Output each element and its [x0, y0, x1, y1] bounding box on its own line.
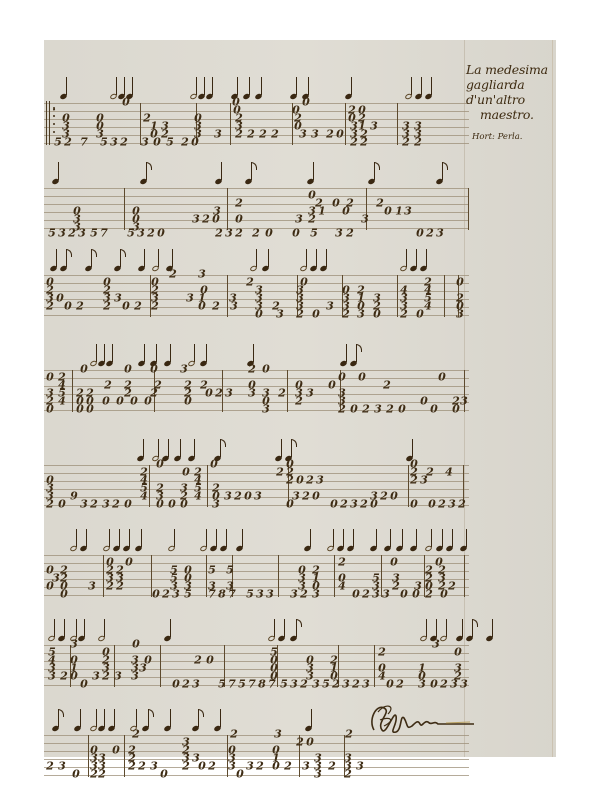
barline [103, 555, 104, 597]
fret-number: 3 [102, 500, 110, 510]
fret-number: 2 [215, 389, 223, 399]
fret-number: 2 [60, 672, 68, 682]
fret-number: 3 [70, 640, 78, 650]
fret-number: 3 [141, 138, 149, 148]
fret-number: 2 [458, 500, 466, 510]
fret-number: 7 [208, 590, 216, 600]
fret-number: 3 [254, 492, 262, 502]
fret-number: 9 [70, 492, 78, 502]
quarter-note-icon [52, 162, 62, 184]
page-edge-rule [552, 40, 553, 757]
fret-number: 5 [54, 138, 62, 148]
quarter-note-icon [123, 529, 133, 551]
double-barline [46, 101, 47, 145]
eighth-note-icon [142, 709, 152, 731]
fret-number: 0 [265, 229, 273, 239]
fret-number: 5 [208, 566, 216, 576]
half-note-icon [400, 249, 410, 271]
fret-number: 0 [400, 590, 408, 600]
fret-number: 2 [328, 762, 336, 772]
half-note-icon [327, 529, 337, 551]
finis-flourish-icon [366, 700, 476, 740]
fret-number: 2 [376, 199, 384, 209]
fret-number: 3 [295, 215, 303, 225]
barline [334, 555, 335, 597]
fret-number: 3 [246, 762, 254, 772]
fret-number: 0 [456, 278, 464, 288]
fret-number: 0 [262, 365, 270, 375]
fret-number: 3 [356, 762, 364, 772]
fret-number: 2 [147, 229, 155, 239]
fret-number: 2 [46, 302, 54, 312]
fret-number: 7 [100, 229, 108, 239]
quarter-note-icon [164, 709, 174, 731]
fret-number: 4 [338, 582, 346, 592]
fret-number: 4 [140, 492, 148, 502]
half-note-icon [250, 249, 260, 271]
fret-number: 2 [169, 270, 177, 280]
fret-number: 0 [210, 460, 218, 470]
fret-number: 2 [235, 199, 243, 209]
quarter-note-icon [200, 344, 210, 366]
quarter-note-icon [137, 439, 147, 461]
fret-number: 2 [106, 582, 114, 592]
fret-number: 5 [184, 590, 192, 600]
fret-number: 3 [314, 770, 322, 780]
half-note-icon [168, 529, 178, 551]
fret-number: 0 [46, 373, 54, 383]
quarter-note-icon [214, 709, 224, 731]
fret-number: 2 [308, 215, 316, 225]
quarter-note-icon [337, 529, 347, 551]
fret-number: 2 [340, 500, 348, 510]
staff-line [44, 196, 469, 197]
fret-number: 4 [445, 468, 453, 478]
quarter-note-icon [436, 529, 446, 551]
staff-line [44, 111, 469, 112]
double-barline [49, 101, 50, 145]
fret-number: 0 [152, 590, 160, 600]
fret-number: 3 [78, 229, 86, 239]
fret-number: 2 [286, 476, 294, 486]
half-note-icon [420, 619, 430, 641]
fret-number: 2 [306, 476, 314, 486]
fret-number: 0 [296, 476, 304, 486]
fret-number: 2 [98, 770, 106, 780]
fret-number: 7 [80, 138, 88, 148]
half-note-icon [440, 619, 450, 641]
fret-number: 3 [266, 590, 274, 600]
fret-number: 0 [191, 138, 199, 148]
half-note-icon [70, 529, 80, 551]
quarter-note-icon [174, 439, 184, 461]
barline [230, 103, 231, 145]
quarter-note-icon [210, 529, 220, 551]
fret-number: 0 [46, 405, 54, 415]
quarter-note-icon [188, 439, 198, 461]
fret-number: 2 [396, 680, 404, 690]
barline [227, 188, 228, 230]
quarter-note-icon [78, 619, 88, 641]
annotation-line-4: maestro. [480, 107, 556, 122]
staff-line [44, 751, 469, 752]
fret-number: 2 [448, 582, 456, 592]
margin-annotation: La medesima gagliarda d'un'altro maestro… [466, 62, 556, 142]
fret-number: 3 [357, 310, 365, 320]
quarter-note-icon [396, 529, 406, 551]
fret-number: 2 [235, 229, 243, 239]
fret-number: 5 [100, 138, 108, 148]
fret-number: 2 [90, 500, 98, 510]
quarter-note-icon [138, 344, 148, 366]
eighth-note-icon [368, 162, 378, 184]
fret-number: 2 [112, 500, 120, 510]
fret-number: 2 [342, 310, 350, 320]
staff-line [44, 465, 469, 466]
fret-number: 2 [234, 492, 242, 502]
fret-number: 2 [76, 302, 84, 312]
fret-number: 0 [153, 138, 161, 148]
fret-number: 3 [350, 500, 358, 510]
fret-number: 3 [248, 389, 256, 399]
fret-number: 0 [156, 500, 164, 510]
fret-number: 7 [268, 680, 276, 690]
half-note-icon [103, 529, 113, 551]
barline [227, 275, 228, 317]
fret-number: 3 [114, 294, 122, 304]
fret-number: 3 [302, 762, 310, 772]
fret-number: 2 [46, 500, 54, 510]
barline [397, 275, 398, 317]
fret-number: 2 [440, 680, 448, 690]
fret-number: 5 [238, 680, 246, 690]
eighth-note-icon [52, 709, 62, 731]
quarter-note-icon [108, 709, 118, 731]
fret-number: 3 [312, 680, 320, 690]
eighth-note-icon [114, 249, 124, 271]
fret-number: 3 [225, 229, 233, 239]
eighth-note-icon [290, 619, 300, 641]
fret-number: 0 [116, 397, 124, 407]
fret-number: 2 [212, 302, 220, 312]
fret-number: 2 [194, 656, 202, 666]
fret-number: 0 [312, 310, 320, 320]
fret-number: 2 [202, 215, 210, 225]
fret-number: 2 [414, 138, 422, 148]
fret-number: 3 [299, 130, 307, 140]
fret-number: 0 [352, 590, 360, 600]
fret-number: 3 [311, 130, 319, 140]
fret-number: 2 [426, 229, 434, 239]
fret-number: 2 [116, 582, 124, 592]
annotation-line-3: d'un'altro [466, 92, 556, 107]
quarter-note-icon [347, 529, 357, 551]
fret-number: 3 [290, 680, 298, 690]
fret-number: 0 [420, 397, 428, 407]
fret-number: 0 [302, 98, 310, 108]
barline [278, 555, 279, 597]
fret-number: 2 [346, 229, 354, 239]
staff-line [44, 743, 469, 744]
fret-number: 3 [382, 590, 390, 600]
fret-number: 2 [392, 582, 400, 592]
eighth-note-icon [245, 162, 255, 184]
fret-number: 3 [192, 215, 200, 225]
quarter-note-icon [307, 162, 317, 184]
fret-number: 0 [342, 207, 350, 217]
quarter-note-icon [50, 249, 60, 271]
fret-number: 0 [332, 199, 340, 209]
fret-number: 0 [86, 405, 94, 415]
fret-number: 0 [80, 680, 88, 690]
fret-number: 2 [402, 138, 410, 148]
eighth-note-icon [85, 249, 95, 271]
fret-number: 2 [360, 138, 368, 148]
quarter-note-icon [345, 77, 355, 99]
fret-number: 3 [256, 590, 264, 600]
fret-number: 5 [322, 680, 330, 690]
quarter-note-icon [243, 77, 253, 99]
fret-number: 2 [252, 229, 260, 239]
fret-number: 0 [386, 680, 394, 690]
fret-number: 0 [338, 373, 346, 383]
fret-number: 5 [226, 566, 234, 576]
fret-number: 0 [212, 215, 220, 225]
fret-number: 2 [276, 468, 284, 478]
fret-number: 3 [326, 302, 334, 312]
fret-number: 3 [361, 215, 369, 225]
fret-number: 2 [360, 500, 368, 510]
fret-number: 0 [182, 468, 190, 478]
tablature-system: 0020002225055022232335031053230032233333… [44, 525, 469, 603]
fret-number: 0 [56, 294, 64, 304]
quarter-note-icon [58, 619, 68, 641]
fret-number: 0 [430, 680, 438, 690]
fret-number: 3 [92, 672, 100, 682]
fret-number: 3 [432, 640, 440, 650]
fret-number: 3 [312, 590, 320, 600]
fret-number: 2 [380, 492, 388, 502]
tablature-system: 2300020202220330244303333133331335220220… [44, 245, 469, 323]
annotation-line-2: gagliarda [466, 77, 556, 92]
fret-number: 3 [374, 405, 382, 415]
fret-number: 1 [395, 207, 403, 217]
fret-number: 0 [124, 365, 132, 375]
fret-number: 2 [46, 762, 54, 772]
fret-number: 2 [410, 476, 418, 486]
fret-number: 0 [336, 130, 344, 140]
barline [468, 188, 469, 230]
fret-number: 0 [370, 500, 378, 510]
fret-number: 3 [88, 582, 96, 592]
quarter-note-icon [215, 162, 225, 184]
quarter-note-icon [304, 529, 314, 551]
fret-number: 2 [362, 590, 370, 600]
quarter-note-icon [425, 77, 435, 99]
tablature-system: 0003200200042222200023522222023332333240… [44, 340, 469, 418]
fret-number: 2 [215, 229, 223, 239]
staff-line [44, 775, 469, 776]
staff-line [44, 220, 469, 221]
fret-number: 0 [373, 310, 381, 320]
staff-line [44, 685, 469, 686]
half-note-icon [188, 344, 198, 366]
barline [464, 555, 465, 597]
fret-number: 3 [214, 130, 222, 140]
fret-number: 0 [130, 397, 138, 407]
fret-number: 0 [70, 672, 78, 682]
fret-number: 0 [180, 500, 188, 510]
quarter-note-icon [420, 249, 430, 271]
fret-number: 0 [438, 373, 446, 383]
fret-number: 2 [278, 389, 286, 399]
half-note-icon [98, 619, 108, 641]
fret-number: 5 [166, 138, 174, 148]
fret-number: 5 [218, 680, 226, 690]
eighth-note-icon [60, 249, 70, 271]
staff-line [44, 473, 469, 474]
fret-number: 0 [244, 492, 252, 502]
fret-number: 2 [344, 770, 352, 780]
quarter-note-icon [164, 619, 174, 641]
fret-number: 3 [225, 389, 233, 399]
eighth-note-icon [350, 344, 360, 366]
quarter-note-icon [220, 529, 230, 551]
fret-number: 3 [80, 500, 88, 510]
quarter-note-icon [80, 529, 90, 551]
fret-number: 2 [302, 492, 310, 502]
fret-number: 3 [58, 229, 66, 239]
fret-number: 2 [378, 648, 386, 658]
fret-number: 0 [440, 590, 448, 600]
fret-number: 2 [296, 310, 304, 320]
fret-number: 0 [255, 310, 263, 320]
fret-number: 0 [206, 656, 214, 666]
fret-number: 2 [134, 302, 142, 312]
barline [444, 275, 445, 317]
fret-number: 0 [452, 405, 460, 415]
fret-number: 5 [127, 229, 135, 239]
fret-number: 3 [198, 270, 206, 280]
staff-line [44, 370, 469, 371]
half-note-icon [300, 249, 310, 271]
quarter-note-icon [310, 249, 320, 271]
fret-number: 2 [425, 590, 433, 600]
fret-number: 0 [184, 397, 192, 407]
fret-number: 2 [259, 130, 267, 140]
fret-number: 0 [102, 397, 110, 407]
fret-number: 0 [46, 582, 54, 592]
fret-number: 1 [318, 207, 326, 217]
fret-number: 2 [247, 130, 255, 140]
fret-number: 5 [90, 229, 98, 239]
fret-number: 2 [295, 397, 303, 407]
fret-number: 0 [410, 500, 418, 510]
fret-number: 0 [76, 405, 84, 415]
fret-number: 4 [194, 492, 202, 502]
fret-number: 0 [292, 229, 300, 239]
fret-number: 3 [372, 590, 380, 600]
fret-number: 3 [230, 302, 238, 312]
fret-number: 3 [172, 590, 180, 600]
barline [88, 735, 89, 777]
fret-number: 2 [120, 138, 128, 148]
repeat-dot [53, 123, 55, 125]
manuscript-page: 000·002000202202301333031333330233222233… [44, 40, 556, 757]
quarter-note-icon [255, 77, 265, 99]
quarter-note-icon [135, 529, 145, 551]
fret-number: 7 [248, 680, 256, 690]
fret-number: 0 [112, 746, 120, 756]
barline [207, 465, 208, 507]
fret-number: 0 [160, 770, 168, 780]
fret-number: 2 [64, 138, 72, 148]
eighth-note-icon [192, 709, 202, 731]
fret-number: 3 [362, 680, 370, 690]
fret-number: 2 [383, 381, 391, 391]
fret-number: 3 [418, 680, 426, 690]
fret-number: 0 [416, 229, 424, 239]
fret-number: 0 [330, 500, 338, 510]
fret-number: 2 [182, 680, 190, 690]
fret-number: 3 [306, 389, 314, 399]
half-note-icon [200, 529, 210, 551]
fret-number: 2 [284, 762, 292, 772]
fret-number: 2 [350, 138, 358, 148]
fret-number: 3 [180, 365, 188, 375]
fret-number: 8 [258, 680, 266, 690]
barline [124, 188, 125, 230]
quarter-note-icon [290, 77, 300, 99]
fret-number: 4 [424, 302, 432, 312]
fret-number: 3 [420, 476, 428, 486]
fret-number: 3 [274, 730, 282, 740]
fret-number: 0 [416, 310, 424, 320]
fret-number: 2 [151, 302, 159, 312]
barline [374, 645, 375, 687]
staff-line [44, 188, 469, 189]
fret-number: 0 [390, 492, 398, 502]
fret-number: 5 [48, 229, 56, 239]
fret-number: 2 [208, 762, 216, 772]
fret-number: 3 [224, 492, 232, 502]
fret-number: 0 [236, 770, 244, 780]
fret-number: 2 [271, 130, 279, 140]
fret-number: 0 [398, 405, 406, 415]
quarter-note-icon [460, 529, 470, 551]
fret-number: 2 [326, 130, 334, 140]
fret-number: 0 [428, 500, 436, 510]
quarter-note-icon [138, 249, 148, 271]
fret-number: 2 [345, 730, 353, 740]
fret-number: 2 [400, 310, 408, 320]
fret-number: 0 [312, 492, 320, 502]
quarter-note-icon [262, 249, 272, 271]
fret-number: 3 [212, 500, 220, 510]
fret-number: 0 [390, 558, 398, 568]
fret-number: 3 [460, 680, 468, 690]
quarter-note-icon [164, 344, 174, 366]
fret-number: 3 [276, 310, 284, 320]
fret-number: 3 [404, 207, 412, 217]
quarter-note-icon [206, 77, 216, 99]
fret-number: 2 [230, 730, 238, 740]
fret-number: 3 [290, 590, 298, 600]
tablature-system: 3035052040230200023133303101332032330304… [44, 615, 469, 693]
fret-number: 3 [131, 672, 139, 682]
fret-number: 4 [378, 672, 386, 682]
fret-number: 0 [272, 762, 280, 772]
